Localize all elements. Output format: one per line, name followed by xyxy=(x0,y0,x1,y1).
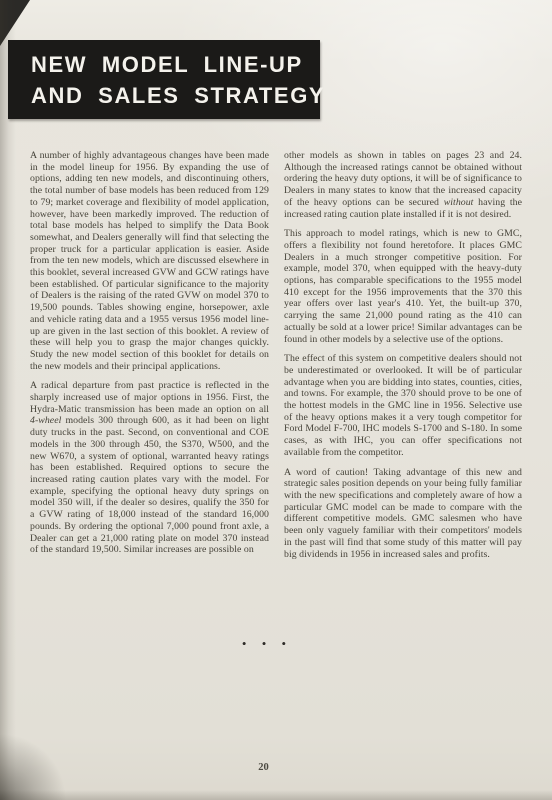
scanned-page: NEW MODEL LINE-UP AND SALES STRATEGY A n… xyxy=(0,0,552,800)
page-edge-shadow-left xyxy=(0,0,16,800)
right-column: other models as shown in tables on pages… xyxy=(284,150,522,560)
paragraph: This approach to model ratings, which is… xyxy=(284,228,522,345)
section-title-banner: NEW MODEL LINE-UP AND SALES STRATEGY xyxy=(8,40,320,119)
left-column: A number of highly advantageous changes … xyxy=(30,150,269,556)
banner-line-1: NEW MODEL LINE-UP xyxy=(31,49,320,80)
paragraph: A word of caution! Taking advantage of t… xyxy=(284,467,522,561)
page-number: 20 xyxy=(0,762,527,773)
paragraph: A radical departure from past practice i… xyxy=(30,380,269,556)
paragraph: A number of highly advantageous changes … xyxy=(30,150,269,372)
paragraph: The effect of this system on competitive… xyxy=(284,353,522,458)
section-separator-dots: • • • xyxy=(0,636,528,652)
banner-line-2: AND SALES STRATEGY xyxy=(31,80,320,111)
paragraph: other models as shown in tables on pages… xyxy=(284,150,522,220)
